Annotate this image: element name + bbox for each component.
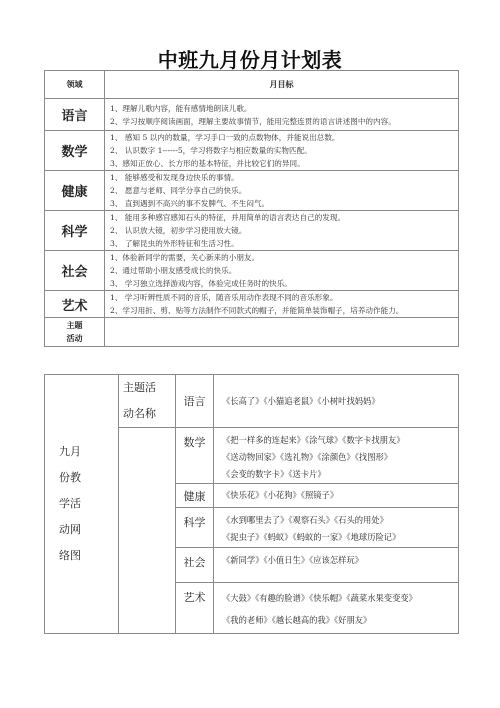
goal-item: 3、 直到遇到不高兴的事不发脾气、不生闷气。 — [110, 197, 458, 210]
goals-row-society: 社会 1、体验新同学的需要，关心新来的小朋友。 2、通过帮助小朋友感受成长的快乐… — [45, 251, 459, 291]
label-line: 主题活 — [123, 375, 175, 401]
activity-line: 《送动物回家》《选礼物》《涂颜色》《找图形》 — [222, 449, 458, 466]
header-goals: 月目标 — [105, 71, 459, 99]
goal-item: 3、 学习独立选择游戏内容，体验完成任务时的快乐。 — [110, 277, 458, 290]
empty-cell — [119, 428, 176, 634]
theme-label-line: 主题 — [45, 319, 104, 332]
page-title: 中班九月份月计划表 — [0, 44, 500, 73]
activity-line: 《长高了》《小猫追老鼠》《小树叶找妈妈》 — [222, 393, 458, 410]
activities-cell: 《大鼓》《有趣的脸谱》《快乐帽》《蔬菜水果变变变》 《我的老师》《越长越高的我》… — [214, 583, 459, 634]
goal-item: 2、学习用折、剪、贴等方法制作不同款式的帽子，并能简单装饰帽子，培养动作能力。 — [110, 304, 458, 317]
goals-cell: 1、 能够感受和发现身边快乐的事情。 2、 愿意与老师、同学分享自己的快乐。 3… — [105, 171, 459, 211]
label-line: 络图 — [59, 543, 118, 569]
goal-item: 1、体验新同学的需要，关心新来的小朋友。 — [110, 251, 458, 264]
goals-header-row: 领域 月目标 — [45, 71, 459, 99]
network-row-language: 九月 份教 学活 动网 络图 主题活 动名称 语言 《长高了》《小猫追老鼠》《小… — [45, 375, 459, 428]
domain-cell: 语言 — [176, 375, 214, 428]
goals-row-art: 艺术 1、 学习听辨性质不同的音乐，随音乐用动作表现不同的音乐形象。 2、学习用… — [45, 291, 459, 318]
domain-cell: 科学 — [176, 508, 214, 548]
goal-item: 1、 能够感受和发现身边快乐的事情。 — [110, 171, 458, 184]
domain-cell: 艺术 — [176, 583, 214, 634]
goal-item: 2、 认识放大镜，初步学习使用放大镜。 — [110, 224, 458, 237]
activities-cell: 《长高了》《小猫追老鼠》《小树叶找妈妈》 — [214, 375, 459, 428]
theme-activity-content — [105, 318, 459, 347]
goals-row-language: 语言 1、理解儿歌内容，能有感情地朗读儿歌。 2、学习按顺序阅读画面，理解主要故… — [45, 99, 459, 131]
goal-item: 3、 了解昆虫的外形特征和生活习性。 — [110, 237, 458, 250]
header-domain: 领域 — [45, 71, 105, 99]
activity-line: 《会变的数字卡》《送卡片》 — [222, 466, 458, 483]
activity-line: 《捉虫子》《蚂蚁》《蚂蚁的一家》《地球历险记》 — [222, 529, 458, 546]
goal-item: 2、 认识数字 1------5，学习将数字与相应数量的实物匹配。 — [110, 144, 458, 157]
goals-cell: 1、 能用多种感官感知石头的特征，并用简单的语言表达自己的发现。 2、 认识放大… — [105, 211, 459, 251]
domain-cell: 社会 — [45, 251, 105, 291]
domain-cell: 艺术 — [45, 291, 105, 318]
label-line: 动名称 — [123, 401, 175, 427]
domain-cell: 科学 — [45, 211, 105, 251]
goals-cell: 1、理解儿歌内容，能有感情地朗读儿歌。 2、学习按顺序阅读画面，理解主要故事情节… — [105, 99, 459, 131]
goal-item: 1、 学习听辨性质不同的音乐，随音乐用动作表现不同的音乐形象。 — [110, 291, 458, 304]
label-line: 动网 — [59, 517, 118, 543]
label-line: 九月 — [59, 439, 118, 465]
activity-network-table: 九月 份教 学活 动网 络图 主题活 动名称 语言 《长高了》《小猫追老鼠》《小… — [44, 374, 459, 634]
theme-label-line: 活动 — [45, 332, 104, 345]
label-line: 学活 — [59, 491, 118, 517]
goals-cell: 1、 学习听辨性质不同的音乐，随音乐用动作表现不同的音乐形象。 2、学习用折、剪… — [105, 291, 459, 318]
goals-row-math: 数学 1、 感知 5 以内的数量，学习手口一致的点数物体，并能说出总数。 2、 … — [45, 131, 459, 171]
goals-cell: 1、体验新同学的需要，关心新来的小朋友。 2、通过帮助小朋友感受成长的快乐。 3… — [105, 251, 459, 291]
domain-cell: 健康 — [176, 484, 214, 508]
domain-cell: 语言 — [45, 99, 105, 131]
domain-cell: 社会 — [176, 548, 214, 583]
goal-item: 2、学习按顺序阅读画面，理解主要故事情节，能用完整连贯的语言讲述图中的内容。 — [110, 115, 458, 128]
activities-cell: 《快乐花》《小花狗》《照镜子》 — [214, 484, 459, 508]
goals-row-science: 科学 1、 能用多种感官感知石头的特征，并用简单的语言表达自己的发现。 2、 认… — [45, 211, 459, 251]
activity-line: 《水到哪里去了》《观察石头》《石头的用处》 — [222, 512, 458, 529]
goal-item: 2、通过帮助小朋友感受成长的快乐。 — [110, 264, 458, 277]
activity-line: 《我的老师》《越长越高的我》《好朋友》 — [222, 609, 458, 631]
goals-row-theme: 主题 活动 — [45, 318, 459, 347]
activities-cell: 《新同学》《小值日生》《应该怎样玩》 — [214, 548, 459, 583]
theme-activity-label: 主题 活动 — [45, 318, 105, 347]
goals-row-health: 健康 1、 能够感受和发现身边快乐的事情。 2、 愿意与老师、同学分享自己的快乐… — [45, 171, 459, 211]
domain-cell: 健康 — [45, 171, 105, 211]
theme-name-label: 主题活 动名称 — [119, 375, 176, 428]
goal-item: 3、感知正放心、长方形的基本特征，并比较它们的异同。 — [110, 157, 458, 170]
activity-line: 《快乐花》《小花狗》《照镜子》 — [222, 487, 458, 504]
activities-cell: 《把一样多的连起来》《涂气球》《数字卡找朋友》 《送动物回家》《选礼物》《涂颜色… — [214, 428, 459, 484]
domain-cell: 数学 — [45, 131, 105, 171]
activity-line: 《新同学》《小值日生》《应该怎样玩》 — [222, 552, 458, 569]
activity-line: 《把一样多的连起来》《涂气球》《数字卡找朋友》 — [222, 432, 458, 449]
label-line: 份教 — [59, 465, 118, 491]
goal-item: 2、 愿意与老师、同学分享自己的快乐。 — [110, 184, 458, 197]
activities-cell: 《水到哪里去了》《观察石头》《石头的用处》 《捉虫子》《蚂蚁》《蚂蚁的一家》《地… — [214, 508, 459, 548]
domain-cell: 数学 — [176, 428, 214, 484]
goal-item: 1、理解儿歌内容，能有感情地朗读儿歌。 — [110, 102, 458, 115]
activity-line: 《大鼓》《有趣的脸谱》《快乐帽》《蔬菜水果变变变》 — [222, 587, 458, 609]
goal-item: 1、 能用多种感官感知石头的特征，并用简单的语言表达自己的发现。 — [110, 211, 458, 224]
goal-item: 1、 感知 5 以内的数量，学习手口一致的点数物体，并能说出总数。 — [110, 131, 458, 144]
goals-cell: 1、 感知 5 以内的数量，学习手口一致的点数物体，并能说出总数。 2、 认识数… — [105, 131, 459, 171]
monthly-goals-table: 领域 月目标 语言 1、理解儿歌内容，能有感情地朗读儿歌。 2、学习按顺序阅读画… — [44, 70, 459, 347]
network-left-label: 九月 份教 学活 动网 络图 — [45, 375, 119, 634]
